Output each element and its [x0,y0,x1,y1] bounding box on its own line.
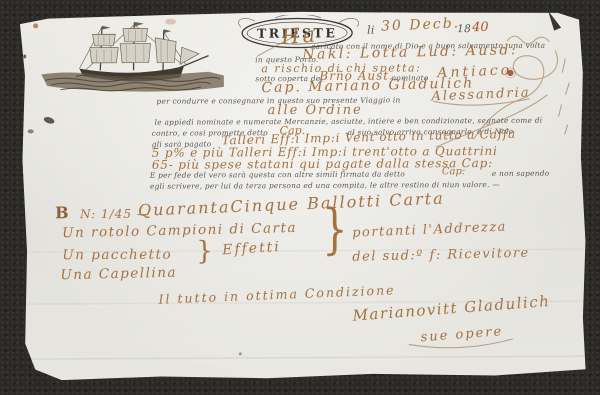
stains [0,0,599,2]
date-year-printed: 18 [457,23,471,35]
goods-clause-1: le appiedi nominate e numerate Mercanzie… [155,116,543,127]
cargo-line-2: Un rotolo Campioni di Carta [62,220,297,241]
cargo-line-3: Un pacchetto [62,247,172,264]
fold-lines [0,0,599,2]
date-year-hand: 40 [472,20,489,35]
cargo-line-1: QuarantaCinque Ballotti Carta [138,189,445,220]
signature-note: sue opere [420,324,504,345]
faith-clause-2: egli scrivere, per lui da terza persona … [150,180,500,191]
ship-engraving [37,20,237,97]
photo-background: TRIESTE li 30 Decb. 18 40 Ha caricato co… [0,0,600,395]
destination: Alessandria [431,85,531,104]
date-li: li [367,24,375,37]
cargo-group-label: Effetti [222,239,281,258]
cargo-note-1: portanti l'Addrezza [352,220,507,241]
document-paper: TRIESTE li 30 Decb. 18 40 Ha caricato co… [7,3,595,389]
date-day: 30 Decb. [381,15,461,34]
cargo-mark: B [55,203,69,222]
document-content: TRIESTE li 30 Decb. 18 40 Ha caricato co… [0,0,600,395]
cargo-line-4: Una Capellina [60,265,177,284]
cargo-brace-large: } [322,203,348,257]
faith-clause-1a: E per fede del vero sarà questa con altr… [150,169,405,179]
faith-cap-hand: Cap: [442,166,465,177]
faith-clause-1b: e non sapendo [492,169,550,178]
